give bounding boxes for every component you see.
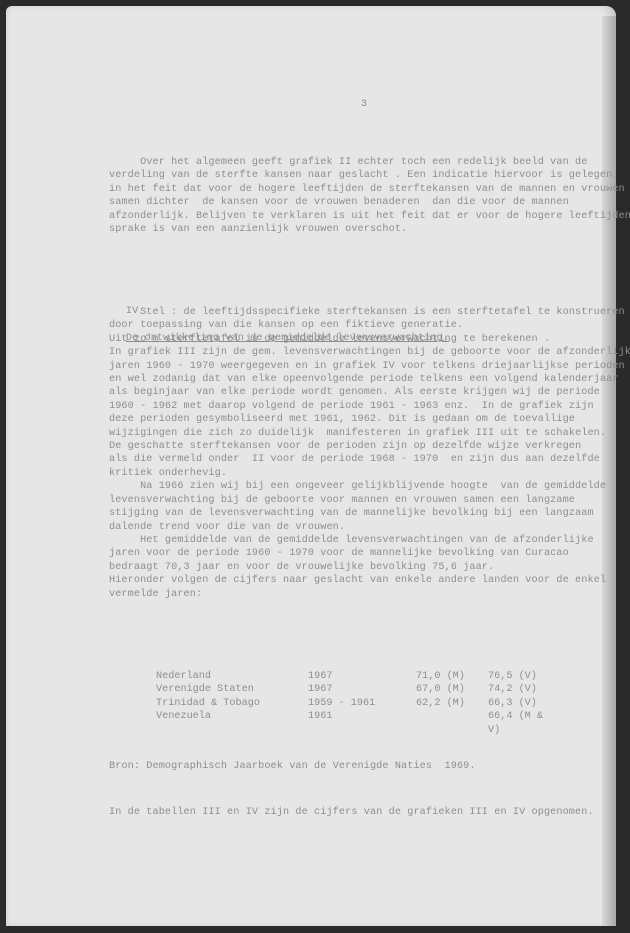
- table-cell-country: Trinidad & Tobago: [156, 697, 308, 710]
- table-cell-female: 76,5 (V): [488, 670, 558, 683]
- footnote: In de tabellen III en IV zijn de cijfers…: [109, 806, 594, 819]
- table-cell-female: 66,3 (V): [488, 697, 558, 710]
- table-cell-year: 1961: [308, 710, 416, 723]
- table-cell-year: 1967: [308, 683, 416, 696]
- page-number: 3: [361, 98, 367, 111]
- life-expectancy-table: Nederland196771,0 (M)76,5 (V)Verenigde S…: [156, 670, 558, 724]
- table-cell-country: Verenigde Staten: [156, 683, 308, 696]
- table-cell-male: [416, 710, 488, 723]
- table-cell-male: 71,0 (M): [416, 670, 488, 683]
- table-cell-male: 67,0 (M): [416, 683, 488, 696]
- paragraph-2: Stel : de leeftijdsspecifieke sterftekan…: [109, 306, 630, 601]
- table-row: Venezuela196166,4 (M & V): [156, 710, 558, 723]
- table-row: Nederland196771,0 (M)76,5 (V): [156, 670, 558, 683]
- paragraph-1: Over het algemeen geeft grafiek II echte…: [109, 156, 630, 236]
- table-row: Trinidad & Tobago1959 - 196162,2 (M)66,3…: [156, 697, 558, 710]
- table-cell-country: Nederland: [156, 670, 308, 683]
- table-cell-country: Venezuela: [156, 710, 308, 723]
- document-page: 3 Over het algemeen geeft grafiek II ech…: [6, 6, 616, 926]
- table-cell-female: 66,4 (M & V): [488, 710, 558, 723]
- table-row: Verenigde Staten196767,0 (M)74,2 (V): [156, 683, 558, 696]
- source-note: Bron: Demographisch Jaarboek van de Vere…: [109, 760, 476, 773]
- table-cell-year: 1959 - 1961: [308, 697, 416, 710]
- table-cell-female: 74,2 (V): [488, 683, 558, 696]
- table-cell-year: 1967: [308, 670, 416, 683]
- table-cell-male: 62,2 (M): [416, 697, 488, 710]
